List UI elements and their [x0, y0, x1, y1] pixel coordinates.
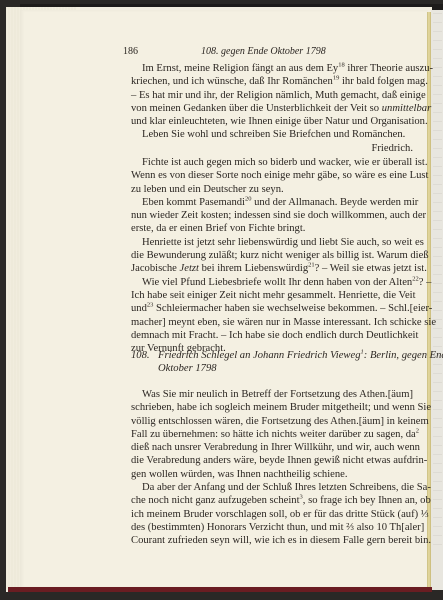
letter-107-closing: Im Ernst, meine Religion fängt an aus de…: [131, 62, 413, 155]
text-line: dieß nach unsrer Verabredung in Ihrer Wi…: [131, 441, 413, 454]
footnote-ref: 2: [416, 427, 419, 434]
text-line: Friedrich.: [131, 142, 413, 155]
text-line: Eben kommt Pasemandi20 und der Allmanach…: [131, 196, 413, 209]
letter-title-line1: Friedrich Schlegel an Johann Friedrich V…: [158, 350, 361, 361]
text-line: erste, da er einen Brief von Fichte brin…: [131, 222, 413, 235]
text-line: gen wollen würden, was Ihnen nachtheilig…: [131, 468, 413, 481]
running-head: 108. gegen Ende Oktober 1798: [201, 46, 326, 57]
text-line: macher] meynt eben, sie wären nur in Mas…: [131, 316, 413, 329]
text-line: Wenn es von dieser Sorte noch einige meh…: [131, 169, 413, 182]
text-line: ich meinem Bruder vorschlagen soll, ob e…: [131, 508, 413, 521]
letter-108-body: Was Sie mir neulich in Betreff der Forts…: [131, 388, 413, 548]
text-line: die Verabredung anders wäre, beyde Ihnen…: [131, 454, 413, 467]
text-line: die Bewunderung zuläßt; kurz nicht wenig…: [131, 249, 413, 262]
text-line: Fall zu übernehmen: so hätte ich nichts …: [131, 428, 413, 441]
letter-title-line1-end: : Berlin, gegen Ende: [364, 350, 443, 361]
footnote-ref: 23: [147, 302, 154, 309]
text-line: – Es hat mir und ihr, der Religion nämli…: [131, 89, 413, 102]
text-line: völlig entschlossen wären, die Fortsetzu…: [131, 415, 413, 428]
text-line: Henriette ist jetzt sehr liebenswürdig u…: [131, 236, 413, 249]
footnote-ref: 3: [300, 494, 303, 501]
text-line: und klar einleuchteten, wie Ihnen einige…: [131, 115, 413, 128]
text-line: Ich habe seit einiger Zeit nicht mehr ge…: [131, 289, 413, 302]
page-header: 186 108. gegen Ende Oktober 1798: [123, 46, 413, 60]
text-line: Jacobische Jetzt bei ihrem Liebenswürdig…: [131, 262, 413, 275]
footnote-ref: 20: [245, 195, 252, 202]
text-line: Leben Sie wohl und schreiben Sie Briefch…: [131, 128, 413, 141]
footnote-ref: 22: [412, 275, 419, 282]
text-line: Was Sie mir neulich in Betreff der Forts…: [131, 388, 413, 401]
page-content: 186 108. gegen Ende Oktober 1798 Im Erns…: [0, 0, 443, 600]
emphasis: unmittelbar: [382, 103, 431, 114]
text-line: Da aber der Anfang und der Schluß Ihres …: [131, 481, 413, 494]
footnote-ref: 21: [308, 262, 315, 269]
text-line: schrieben, habe ich sogleich meinem Brud…: [131, 401, 413, 414]
text-line: nun wieder Zeit kosten; indessen sind si…: [131, 209, 413, 222]
letter-title: Friedrich Schlegel an Johann Friedrich V…: [158, 349, 413, 376]
letter-title-line2: Oktober 1798: [158, 362, 413, 375]
text-line: kriechen, und ich wünsche, daß Ihr Romän…: [131, 75, 413, 88]
text-line: von meinen Gedanken über die Unsterblich…: [131, 102, 413, 115]
text-line: Im Ernst, meine Religion fängt an aus de…: [131, 62, 413, 75]
letter-107-postscript: Fichte ist auch gegen mich so biderb und…: [131, 156, 413, 355]
text-line: Wie viel Pfund Liebesbriefe wollt Ihr de…: [131, 276, 413, 289]
footnote-ref: 18: [338, 61, 345, 68]
emphasis: Jetzt: [180, 263, 199, 274]
text-line: des (bestimmten) Honorars Verzicht thun,…: [131, 521, 413, 534]
text-line: und23 Schleiermacher haben sie wechselwe…: [131, 302, 413, 315]
text-line: demnach mit Fracht. – Ich habe sie doch …: [131, 329, 413, 342]
text-line: che noch nicht ganz aufzugeben scheint3,…: [131, 494, 413, 507]
text-line: Fichte ist auch gegen mich so biderb und…: [131, 156, 413, 169]
text-line: Courant zufrieden seyn will, wie ich es …: [131, 534, 413, 547]
footnote-ref: 19: [333, 75, 340, 82]
text-line: zu leben und ein Deutscher zu seyn.: [131, 183, 413, 196]
page-number: 186: [123, 46, 138, 57]
letter-number: 108.: [131, 349, 150, 362]
